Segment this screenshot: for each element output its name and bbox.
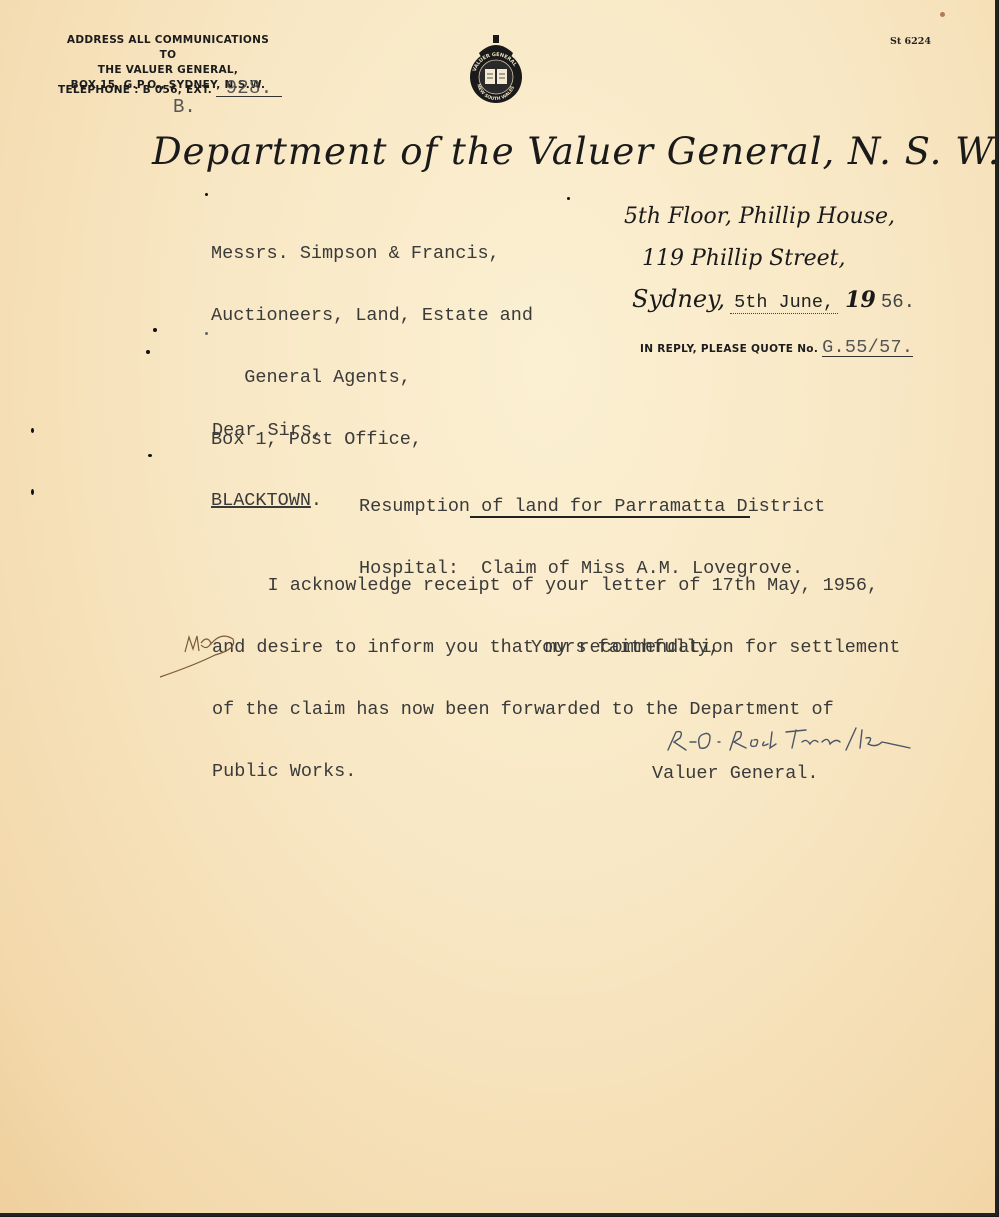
recipient-town-suffix: . [311,490,322,511]
nsw-seal-icon: VALUER GENERAL NEW SOUTH WALES [465,33,527,105]
salutation: Dear Sirs, [212,421,323,442]
signatory-title: Valuer General. [652,764,819,785]
telephone-line: TELEPHONE : B 056, EXT. 928. [58,80,282,97]
paper-speck [146,350,150,354]
subject-line: Resumption of land for Parramatta Distri… [359,497,825,518]
closing: Yours faithfully, [531,638,720,659]
date-city: Sydney, [632,285,725,313]
recipient-line: Auctioneers, Land, Estate and [211,306,533,327]
date-year-prefix: 19 [845,287,876,313]
body-line: of the claim has now been forwarded to t… [212,700,900,721]
paper-speck [567,197,570,200]
reply-reference: IN REPLY, PLEASE QUOTE No. G.55/57. [640,340,913,357]
margin-initials-mark [155,627,245,682]
date-line: Sydney, 5th June, 19 56. [632,285,915,314]
form-code: St 6224 [890,36,931,47]
recipient-line: General Agents, [211,368,533,389]
date-year-suffix: 56. [881,291,915,313]
reply-number: G.55/57. [822,340,913,357]
paper-speck [31,489,34,495]
address-line: ADDRESS ALL COMMUNICATIONS TO [58,33,278,63]
office-address-line: 119 Phillip Street, [624,238,895,280]
address-line: THE VALUER GENERAL, [58,63,278,78]
signature-mark [660,720,920,760]
department-title: Department of the Valuer General, N. S. … [152,130,998,173]
subject-divider [470,516,750,518]
office-address: 5th Floor, Phillip House, 119 Phillip St… [624,196,895,280]
telephone-extension-suffix: B. [173,96,196,118]
letter-page: ADDRESS ALL COMMUNICATIONS TO THE VALUER… [0,0,998,1216]
office-address-line: 5th Floor, Phillip House, [624,196,895,238]
paper-speck [153,328,157,332]
reply-label: IN REPLY, PLEASE QUOTE No. [640,343,818,355]
paper-speck [31,428,34,433]
paper-speck [940,12,945,17]
body-line: I acknowledge receipt of your letter of … [212,576,900,597]
recipient-town: BLACKTOWN [211,490,311,511]
recipient-line: Messrs. Simpson & Francis, [211,244,533,265]
paper-speck [205,332,208,335]
paper-speck [148,454,152,457]
date-day-month: 5th June, [730,292,838,314]
paper-speck [205,193,208,196]
telephone-label: TELEPHONE : B 056, EXT. [58,84,212,96]
telephone-extension: 928. [216,80,282,97]
